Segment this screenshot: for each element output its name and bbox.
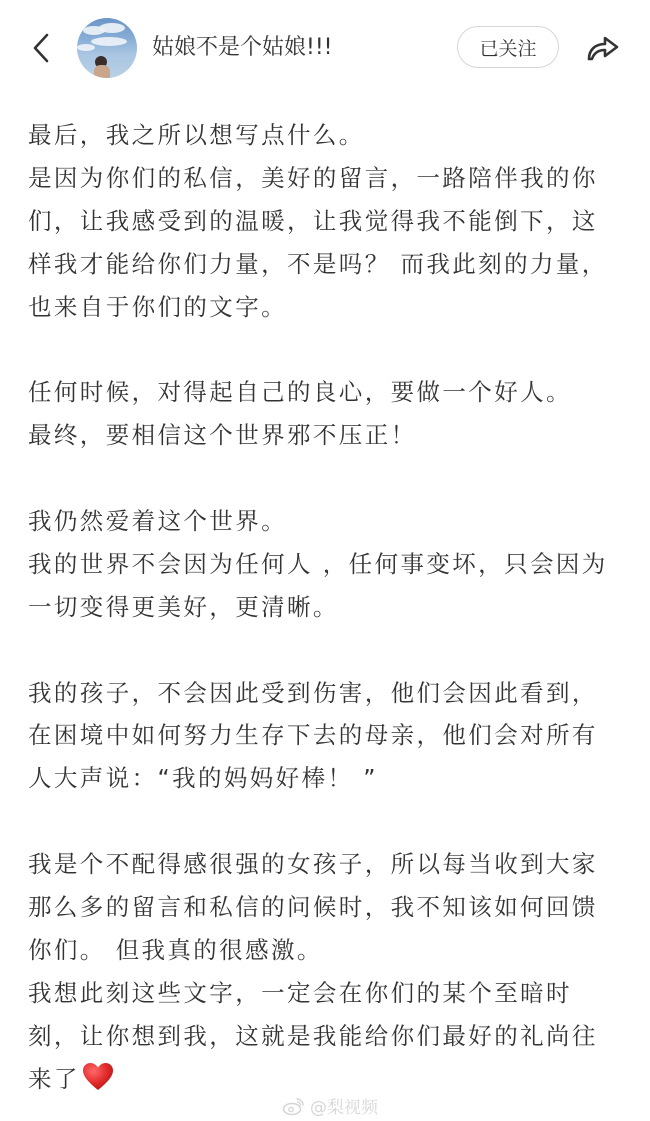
paragraph-gap xyxy=(28,328,618,371)
post-line: 是因为你们的私信，美好的留言，一路陪伴我的你 xyxy=(28,157,618,200)
paragraph-gap xyxy=(28,457,618,500)
paragraph-gap xyxy=(28,629,618,672)
post-line: 我是个不配得感很强的女孩子，所以每当收到大家 xyxy=(28,843,618,886)
post-line: 们，让我感受到的温暖，让我觉得我不能倒下，这 xyxy=(28,200,618,243)
post-line: 样我才能给你们力量，不是吗？ 而我此刻的力量， xyxy=(28,243,618,286)
post-line: 刻，让你想到我，这就是我能给你们最好的礼尚往 xyxy=(28,1015,618,1058)
post-line: 也来自于你们的文字。 xyxy=(28,286,618,329)
paragraph-gap xyxy=(28,800,618,843)
post-line: 一切变得更美好，更清晰。 xyxy=(28,586,618,629)
weibo-logo-icon xyxy=(282,1096,306,1116)
back-button[interactable] xyxy=(28,30,54,66)
post-line: 那么多的留言和私信的问候时，我不知该如何回馈 xyxy=(28,886,618,929)
following-button[interactable]: 已关注 xyxy=(457,26,559,68)
chevron-left-icon xyxy=(28,30,54,66)
post-line: 我的世界不会因为任何人 ，任何事变坏，只会因为 xyxy=(28,543,618,586)
post-body: 最后，我之所以想写点什么。 是因为你们的私信，美好的留言，一路陪伴我的你 们，让… xyxy=(28,114,618,1100)
username[interactable]: 姑娘不是个姑娘!!! xyxy=(152,31,332,65)
share-button[interactable] xyxy=(583,28,623,68)
watermark: @梨视频 xyxy=(282,1093,378,1118)
post-line: 我仍然爱着这个世界。 xyxy=(28,500,618,543)
post-line: 最终，要相信这个世界邪不压正！ xyxy=(28,414,618,457)
share-arrow-icon xyxy=(583,28,623,68)
post-line: 最后，我之所以想写点什么。 xyxy=(28,114,618,157)
post-line: 我的孩子，不会因此受到伤害，他们会因此看到， xyxy=(28,672,618,715)
post-line: 我想此刻这些文字，一定会在你们的某个至暗时 xyxy=(28,972,618,1015)
red-heart-icon xyxy=(82,1062,114,1092)
top-bar: 姑娘不是个姑娘!!! 已关注 xyxy=(0,0,650,100)
post-line: 你们。 但我真的很感激。 xyxy=(28,929,618,972)
watermark-text: @梨视频 xyxy=(310,1093,378,1118)
post-line: 人大声说：“我的妈妈好棒！ ” xyxy=(28,757,618,800)
post-line: 任何时候，对得起自己的良心，要做一个好人。 xyxy=(28,371,618,414)
post-line: 来了 xyxy=(28,1065,80,1093)
avatar[interactable] xyxy=(77,18,137,78)
post-line: 在困境中如何努力生存下去的母亲，他们会对所有 xyxy=(28,714,618,757)
